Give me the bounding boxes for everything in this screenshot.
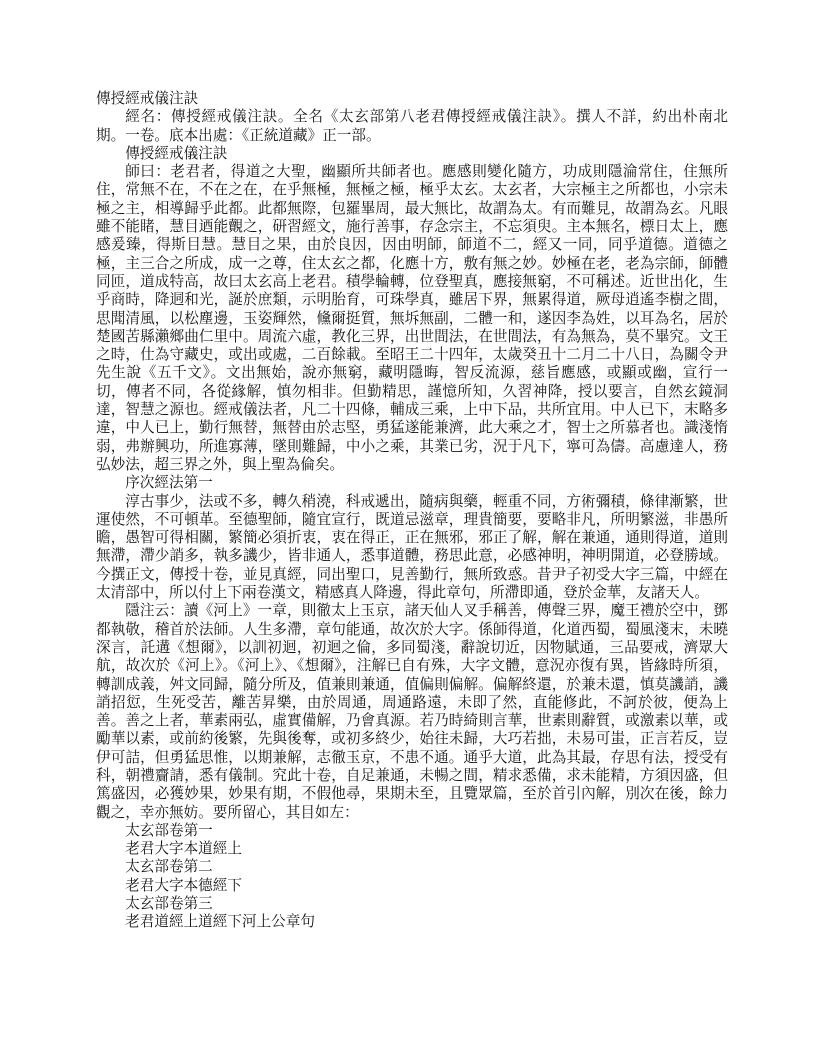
- colophon-paragraph: 經名：傳授經戒儀注訣。全名《太玄部第八老君傳授經戒儀注訣》。撰人不詳，約出朴南北…: [96, 108, 728, 145]
- section-heading: 序次經法第一: [96, 474, 728, 492]
- list-item: 太玄部卷第一: [96, 822, 728, 840]
- list-item: 太玄部卷第二: [96, 858, 728, 876]
- document-text-body: 傳授經戒儀注訣 經名：傳授經戒儀注訣。全名《太玄部第八老君傳授經戒儀注訣》。撰人…: [96, 90, 728, 932]
- list-item: 老君大字本德經下: [96, 877, 728, 895]
- list-item: 太玄部卷第三: [96, 895, 728, 913]
- body-paragraph: 師曰：老君者，得道之大聖，幽顯所共師者也。應感則變化隨方，功成則隱淪常住，住無所…: [96, 163, 728, 474]
- inner-title-line: 傳授經戒儀注訣: [96, 145, 728, 163]
- body-paragraph: 淳古事少，法或不多，轉久稍澆，科戒遞出，隨病與藥，輕重不同，方術彌積，條律漸繁，…: [96, 493, 728, 603]
- body-paragraph: 隱注云：讀《河上》一章，則徹太上玉京，諸天仙人叉手稱善，傳聲三界，魔王禮於空中，…: [96, 602, 728, 822]
- list-item: 老君道經上道經下河上公章句: [96, 913, 728, 931]
- document-title: 傳授經戒儀注訣: [96, 90, 728, 108]
- list-item: 老君大字本道經上: [96, 840, 728, 858]
- document-page: 傳授經戒儀注訣 經名：傳授經戒儀注訣。全名《太玄部第八老君傳授經戒儀注訣》。撰人…: [0, 0, 816, 1056]
